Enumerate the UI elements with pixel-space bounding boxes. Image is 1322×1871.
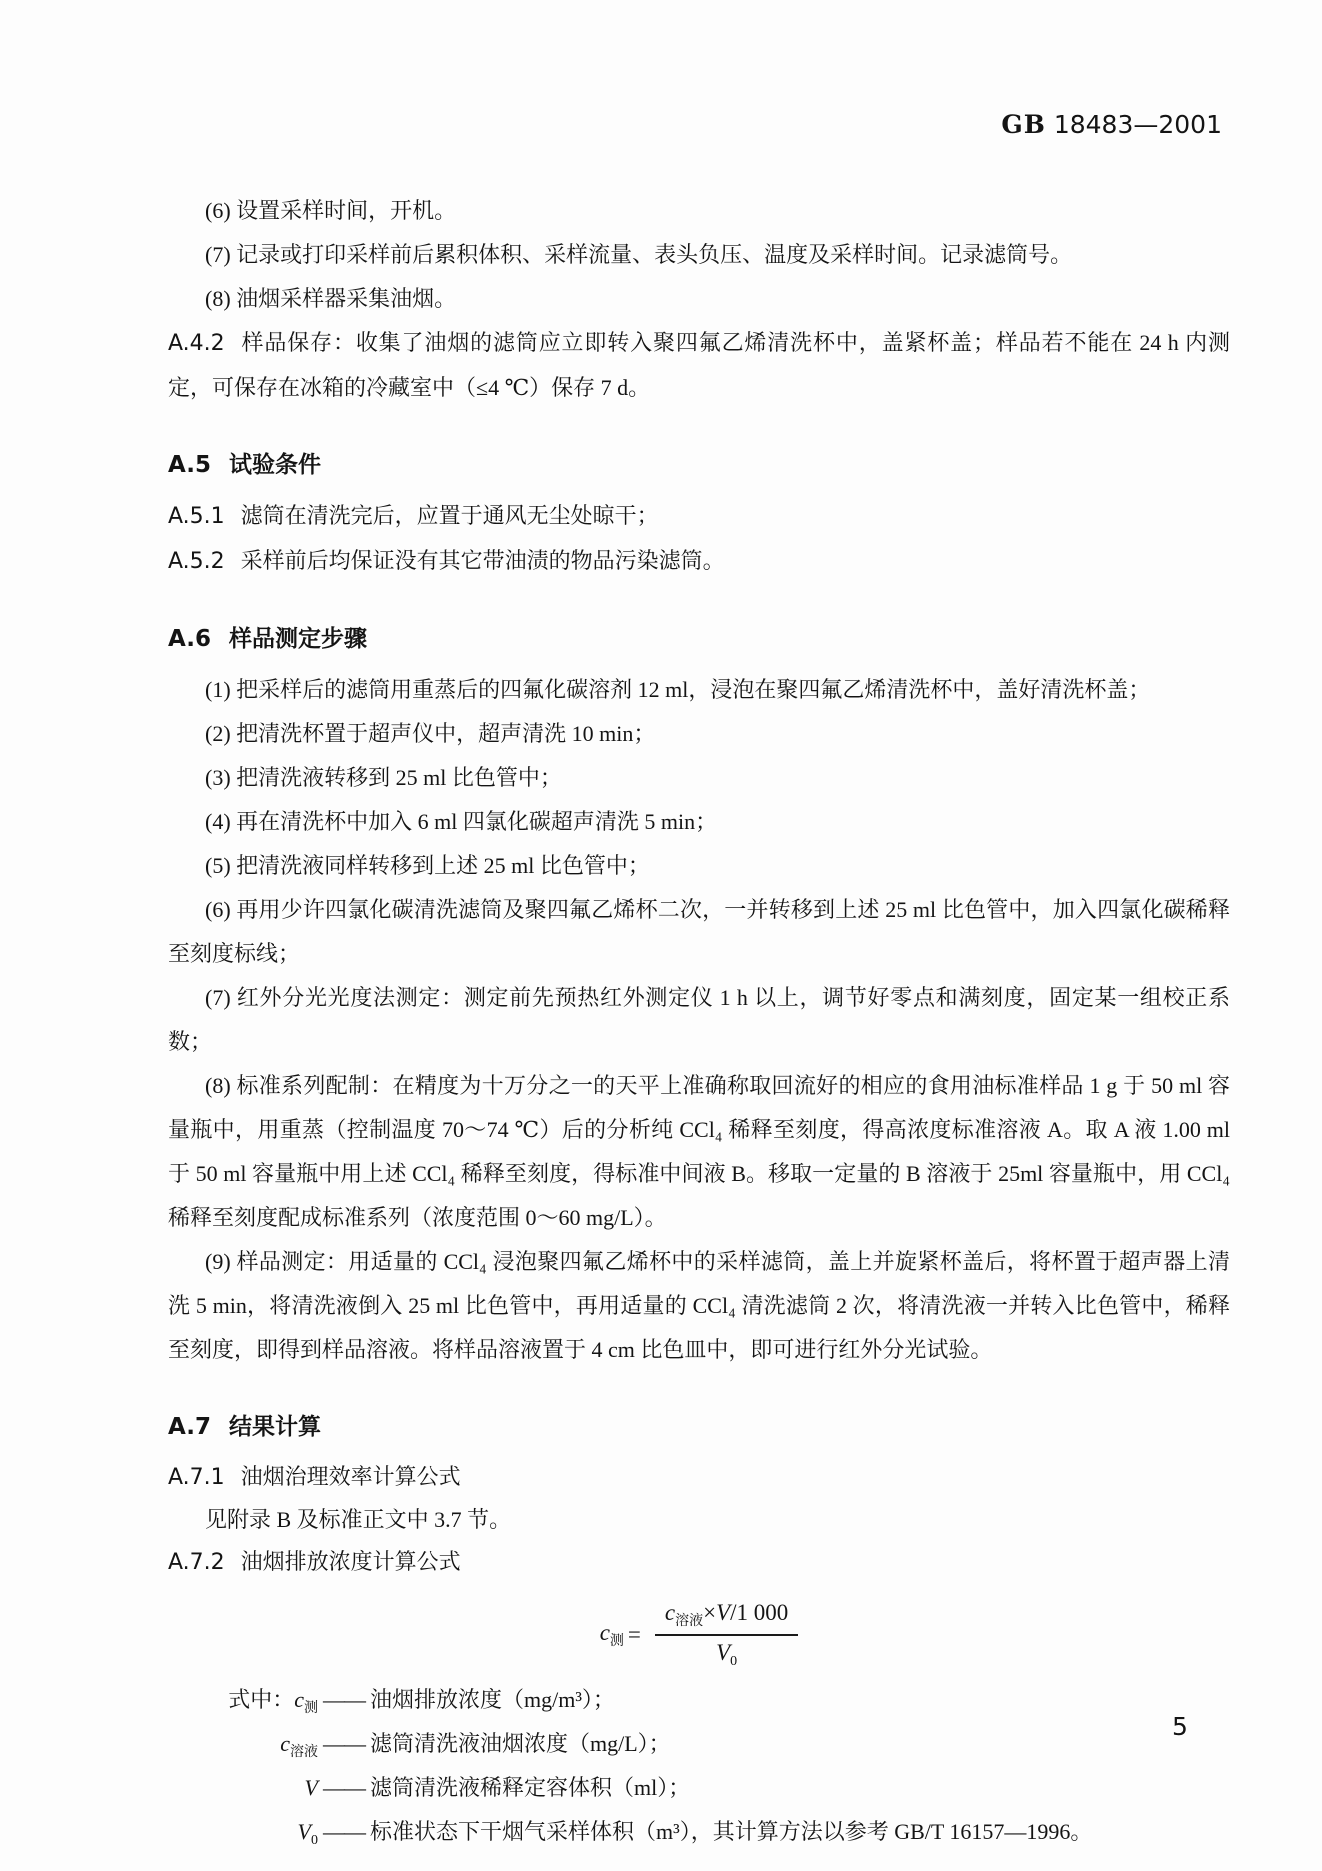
section-title-a7: 结果计算 [229,1414,321,1440]
formula-lhs: c测 [600,1620,624,1650]
definition-desc: 标准状态下干烟气采样体积（m³），其计算方法以参考 GB/T 16157—199… [370,1814,1230,1849]
paragraph-a72-text: 油烟排放浓度计算公式 [241,1549,461,1574]
step-1: (1) 把采样后的滤筒用重蒸后的四氟化碳溶剂 12 ml，浸泡在聚四氟乙烯清洗杯… [168,668,1230,712]
step-6: (6) 再用少许四氯化碳清洗滤筒及聚四氟乙烯杯二次，一并转移到上述 25 ml … [168,888,1230,976]
definition-desc: 滤筒清洗液稀释定容体积（ml）； [370,1770,1230,1805]
definition-term: V [168,1770,318,1814]
definition-row-v: V —— 滤筒清洗液稀释定容体积（ml）； [168,1770,1230,1814]
definition-desc: 滤筒清洗液油烟浓度（mg/L）； [370,1726,1230,1761]
formula-emission-concentration: c测 = c溶液×V/1 000 V0 [168,1600,1230,1670]
step-5: (5) 把清洗液同样转移到上述 25 ml 比色管中； [168,844,1230,888]
definition-term: c溶液 [168,1726,318,1770]
definition-dash: —— [323,1726,365,1761]
paragraph-a72: A.7.2油烟排放浓度计算公式 [168,1541,1230,1584]
formula-denominator: V0 [655,1636,798,1670]
definition-term: V0 [168,1814,318,1858]
paragraph-a51: A.5.1滤筒在清洗完后，应置于通风无尘处晾干； [168,494,1230,539]
definition-row-c-rongye: c溶液 —— 滤筒清洗液油烟浓度（mg/L）； [168,1726,1230,1770]
section-number-a5: A.5 [168,452,211,478]
section-title-a6: 样品测定步骤 [229,626,367,652]
definition-term: 式中：c测 [168,1682,318,1726]
section-number-a71: A.7.1 [168,1465,225,1490]
step-9: (9) 样品测定：用适量的 CCl₄ 浸泡聚四氟乙烯杯中的采样滤筒，盖上并旋紧杯… [168,1240,1230,1372]
paragraph-a71: A.7.1油烟治理效率计算公式 [168,1456,1230,1499]
step-8: (8) 标准系列配制：在精度为十万分之一的天平上准确称取回流好的相应的食用油标准… [168,1064,1230,1240]
section-title-a5: 试验条件 [229,452,321,478]
formula-numerator: c溶液×V/1 000 [655,1600,798,1636]
equals-sign: = [628,1622,641,1648]
section-heading-a7: A.7结果计算 [168,1412,1230,1442]
section-number-a7: A.7 [168,1414,211,1440]
definition-dash: —— [323,1682,365,1717]
definition-dash: —— [323,1770,365,1805]
doc-number-value: 18483—2001 [1054,110,1222,139]
formula-fraction: c溶液×V/1 000 V0 [655,1600,798,1670]
paragraph-a42: A.4.2样品保存：收集了油烟的滤筒应立即转入聚四氟乙烯清洗杯中，盖紧杯盖；样品… [168,321,1230,410]
paragraph-a52-text: 采样前后均保证没有其它带油渍的物品污染滤筒。 [241,548,725,573]
section-number-a52: A.5.2 [168,549,225,574]
list-item-7: (7) 记录或打印采样前后累积体积、采样流量、表头负压、温度及采样时间。记录滤筒… [168,233,1230,277]
section-a7-body: A.7.1油烟治理效率计算公式 见附录 B 及标准正文中 3.7 节。 A.7.… [168,1456,1230,1584]
section-heading-a5: A.5试验条件 [168,450,1230,480]
section-heading-a6: A.6样品测定步骤 [168,624,1230,654]
step-7: (7) 红外分光光度法测定：测定前先预热红外测定仪 1 h 以上，调节好零点和满… [168,976,1230,1064]
doc-number-prefix: GB [1001,110,1045,139]
paragraph-a71-note: 见附录 B 及标准正文中 3.7 节。 [168,1499,1230,1541]
list-item-8: (8) 油烟采样器采集油烟。 [168,277,1230,321]
paragraph-a52: A.5.2采样前后均保证没有其它带油渍的物品污染滤筒。 [168,539,1230,584]
paragraph-a51-text: 滤筒在清洗完后，应置于通风无尘处晾干； [241,503,659,528]
doc-number: GB18483—2001 [0,110,1222,141]
formula-body: c测 = c溶液×V/1 000 V0 [600,1600,799,1670]
section-number-a51: A.5.1 [168,504,225,529]
definition-row-c-ce: 式中：c测 —— 油烟排放浓度（mg/m³）； [168,1682,1230,1726]
page-number: 5 [1172,1712,1188,1741]
page-content: (6) 设置采样时间，开机。 (7) 记录或打印采样前后累积体积、采样流量、表头… [168,189,1230,1858]
definition-dash: —— [323,1814,365,1849]
step-3: (3) 把清洗液转移到 25 ml 比色管中； [168,756,1230,800]
paragraph-a71-text: 油烟治理效率计算公式 [241,1464,461,1489]
definition-row-v0: V0 —— 标准状态下干烟气采样体积（m³），其计算方法以参考 GB/T 161… [168,1814,1230,1858]
section-number-a42: A.4.2 [168,331,225,356]
section-number-a72: A.7.2 [168,1550,225,1575]
step-2: (2) 把清洗杯置于超声仪中，超声清洗 10 min； [168,712,1230,756]
symbol-definitions: 式中：c测 —— 油烟排放浓度（mg/m³）； c溶液 —— 滤筒清洗液油烟浓度… [168,1682,1230,1858]
definition-desc: 油烟排放浓度（mg/m³）； [370,1682,1230,1717]
step-4: (4) 再在清洗杯中加入 6 ml 四氯化碳超声清洗 5 min； [168,800,1230,844]
document-page: GB18483—2001 (6) 设置采样时间，开机。 (7) 记录或打印采样前… [0,0,1322,1871]
paragraph-a42-text: 样品保存：收集了油烟的滤筒应立即转入聚四氟乙烯清洗杯中，盖紧杯盖；样品若不能在 … [168,330,1230,400]
list-item-6: (6) 设置采样时间，开机。 [168,189,1230,233]
section-number-a6: A.6 [168,626,211,652]
